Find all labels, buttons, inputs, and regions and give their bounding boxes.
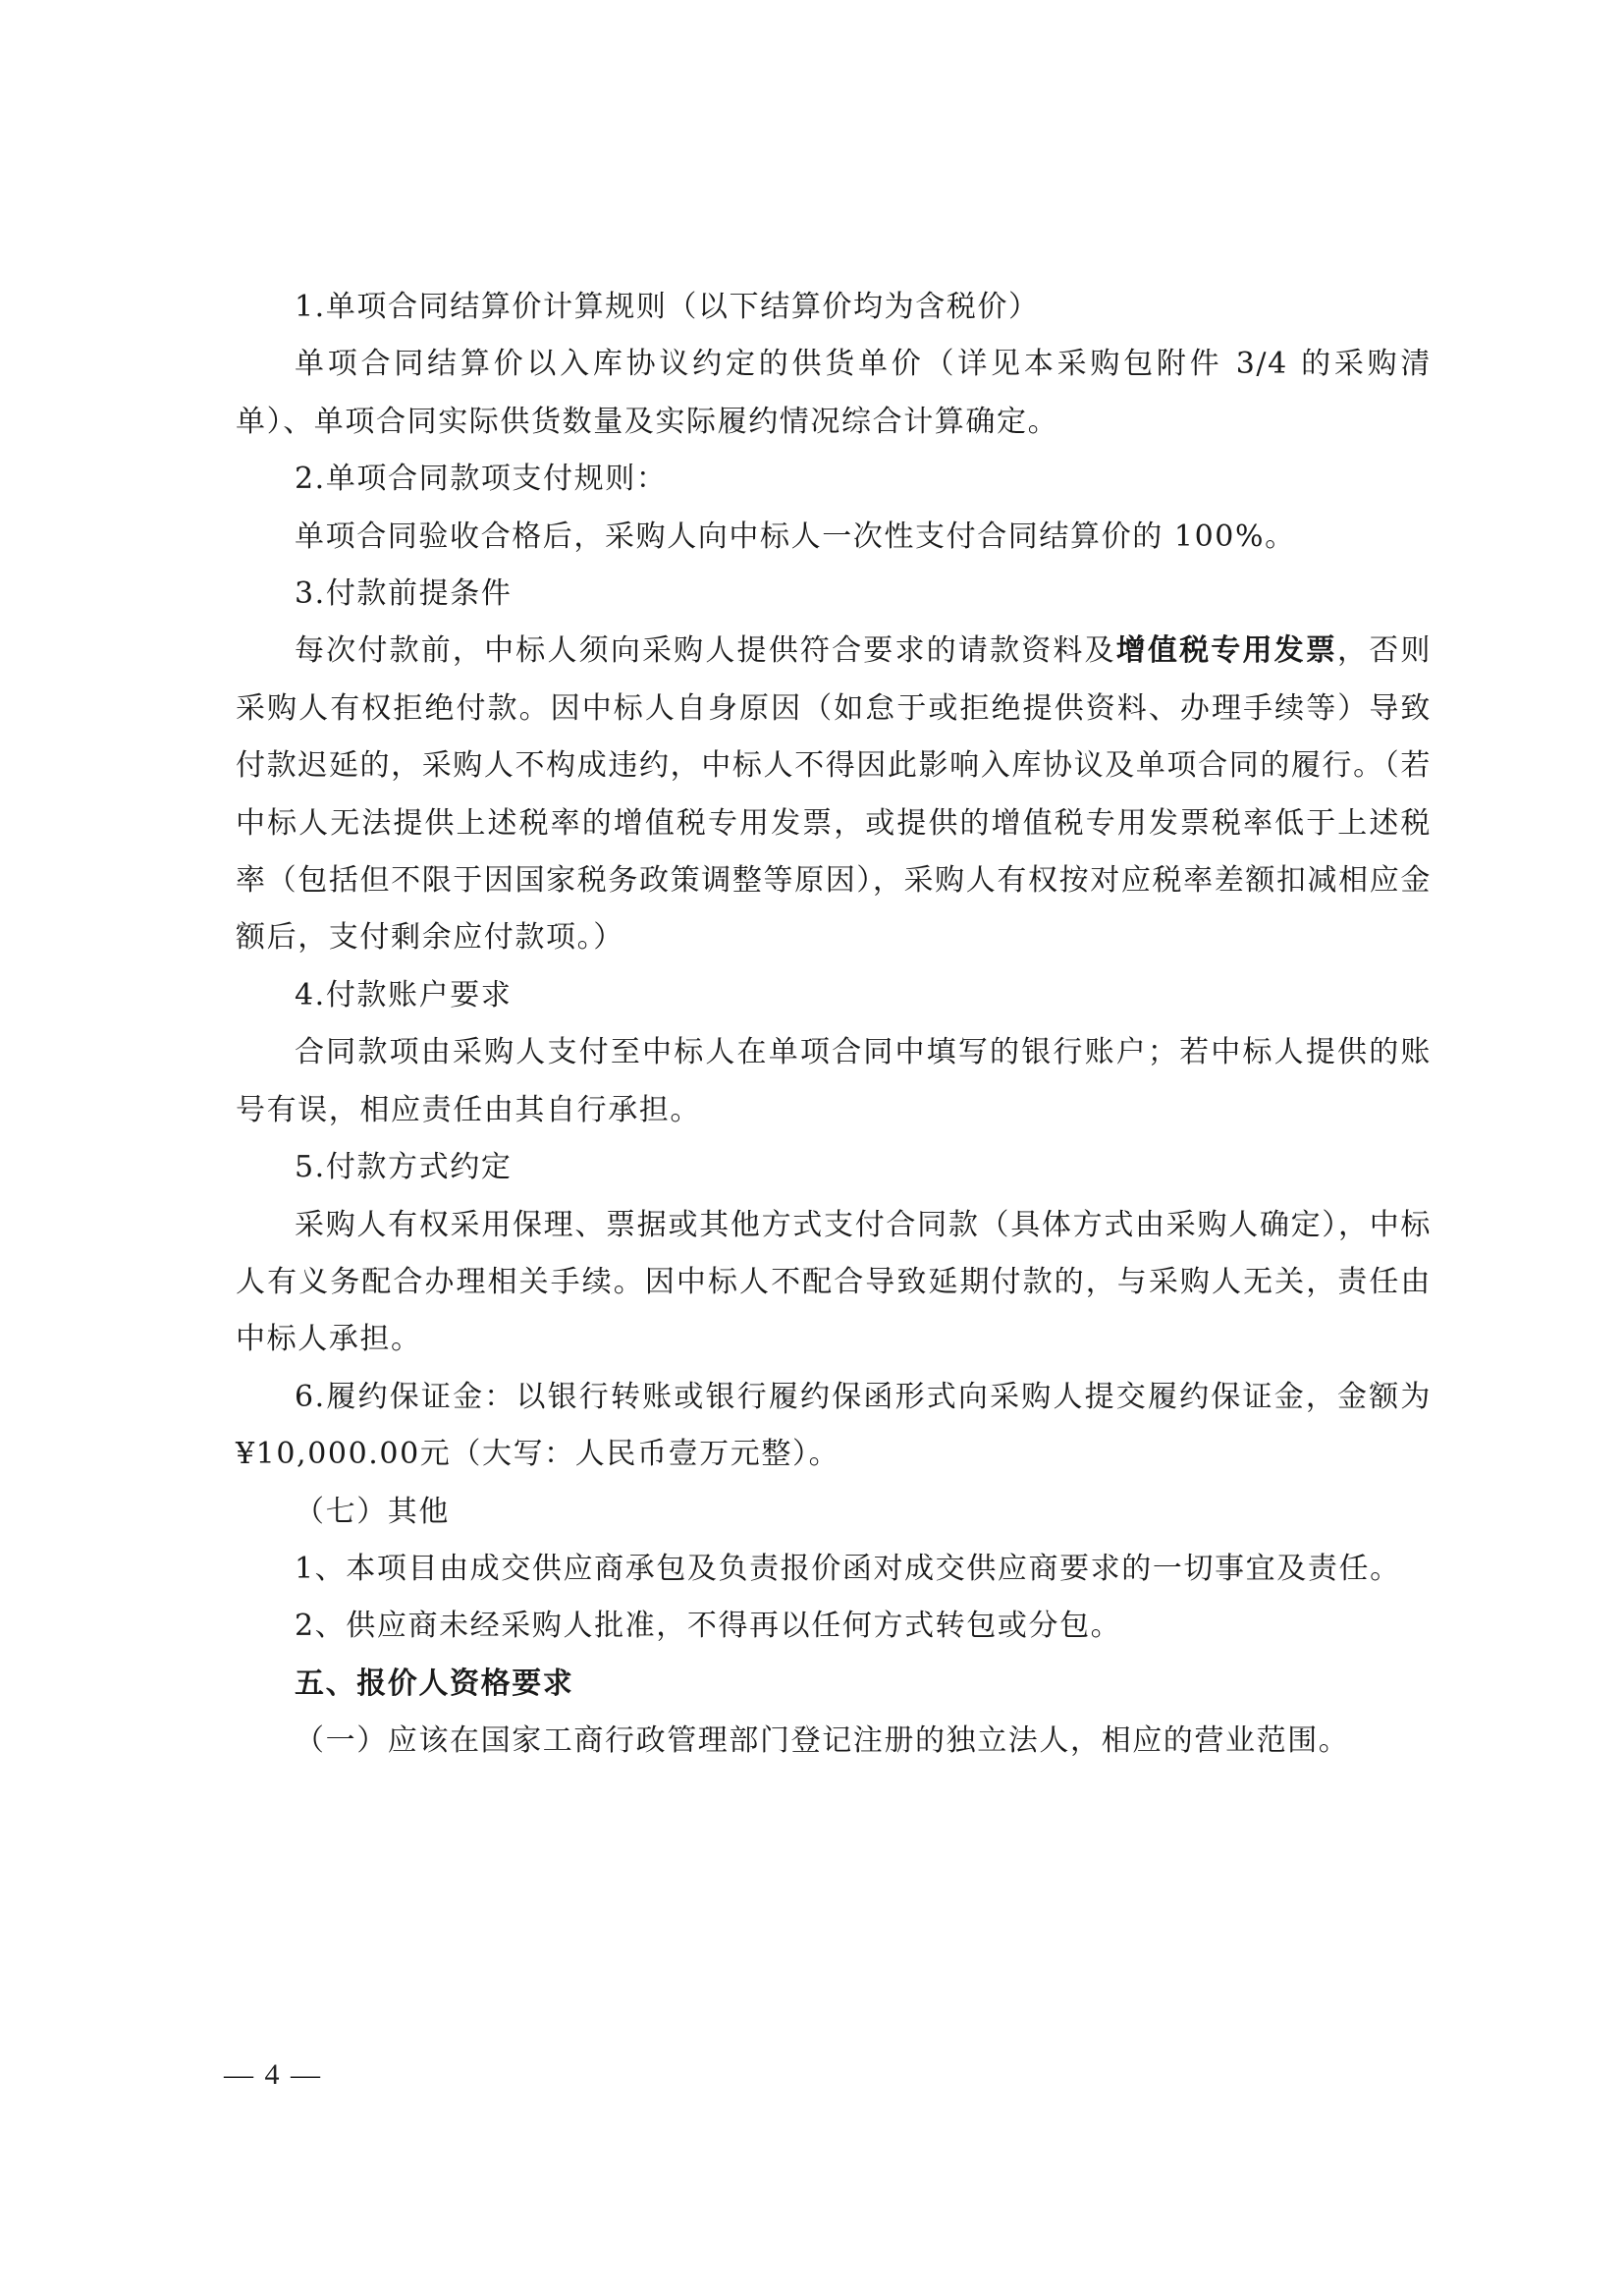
qualification-item-1: （一）应该在国家工商行政管理部门登记注册的独立法人，相应的营业范围。 bbox=[236, 1713, 1432, 1770]
precondition-text-after: ，否则采购人有权拒绝付款。因中标人自身原因（如怠于或拒绝提供资料、办理手续等）导… bbox=[236, 633, 1432, 955]
page-number: — 4 — bbox=[224, 2058, 322, 2092]
clause-settlement-price-heading: 1.单项合同结算价计算规则（以下结算价均为含税价） bbox=[236, 279, 1432, 336]
clause-performance-bond: 6.履约保证金：以银行转账或银行履约保函形式向采购人提交履约保证金，金额为¥10… bbox=[236, 1369, 1432, 1484]
document-body: 1.单项合同结算价计算规则（以下结算价均为含税价） 单项合同结算价以入库协议约定… bbox=[236, 279, 1432, 1771]
vat-invoice-emphasis: 增值税专用发票 bbox=[1116, 633, 1337, 668]
document-page: 1.单项合同结算价计算规则（以下结算价均为含税价） 单项合同结算价以入库协议约定… bbox=[0, 0, 1624, 2296]
clause-payment-account-body: 合同款项由采购人支付至中标人在单项合同中填写的银行账户；若中标人提供的账号有误，… bbox=[236, 1024, 1432, 1139]
clause-payment-rule-body: 单项合同验收合格后，采购人向中标人一次性支付合同结算价的 100%。 bbox=[236, 509, 1432, 566]
clause-payment-precondition-heading: 3.付款前提条件 bbox=[236, 566, 1432, 623]
clause-payment-method-body: 采购人有权采用保理、票据或其他方式支付合同款（具体方式由采购人确定），中标人有义… bbox=[236, 1197, 1432, 1369]
section-bidder-qualification-heading: 五、报价人资格要求 bbox=[236, 1656, 1432, 1713]
precondition-text-before: 每次付款前，中标人须向采购人提供符合要求的请款资料及 bbox=[295, 633, 1116, 668]
other-item-2: 2、供应商未经采购人批准，不得再以任何方式转包或分包。 bbox=[236, 1598, 1432, 1655]
section-other-heading: （七）其他 bbox=[236, 1484, 1432, 1541]
clause-payment-account-heading: 4.付款账户要求 bbox=[236, 967, 1432, 1024]
clause-payment-method-heading: 5.付款方式约定 bbox=[236, 1139, 1432, 1196]
clause-payment-precondition-body: 每次付款前，中标人须向采购人提供符合要求的请款资料及增值税专用发票，否则采购人有… bbox=[236, 623, 1432, 966]
clause-settlement-price-body: 单项合同结算价以入库协议约定的供货单价（详见本采购包附件 3/4 的采购清单）、… bbox=[236, 336, 1432, 451]
clause-payment-rule-heading: 2.单项合同款项支付规则： bbox=[236, 451, 1432, 508]
other-item-1: 1、本项目由成交供应商承包及负责报价函对成交供应商要求的一切事宜及责任。 bbox=[236, 1541, 1432, 1598]
